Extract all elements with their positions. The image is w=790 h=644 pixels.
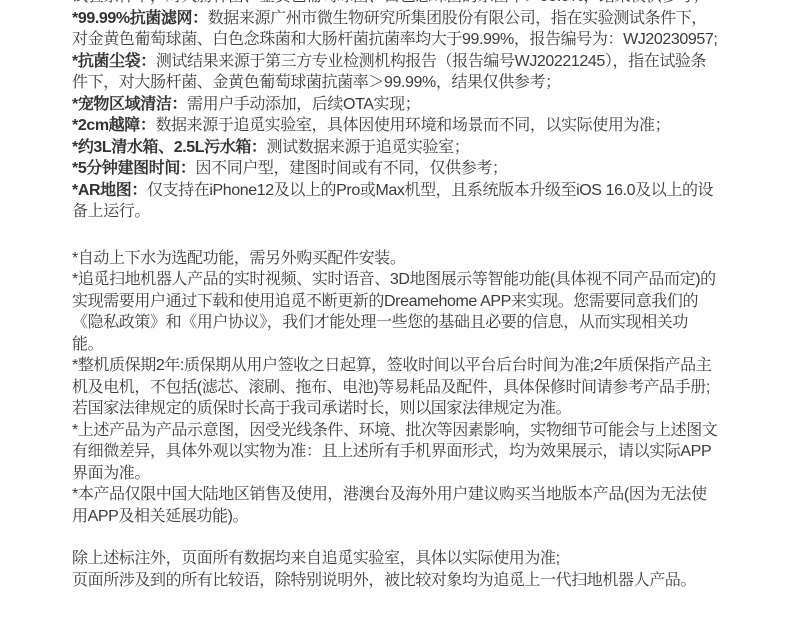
disclaimer-item-label: *99.99%抗菌滤网：: [72, 10, 208, 27]
disclaimer-item-text: 测试数据来源于追觅实验室；: [267, 139, 470, 156]
disclaimer-item: *5分钟建图时间：因不同户型，建图时间或有不同，仅供参考；: [72, 158, 718, 180]
starred-notes-group: *99.99%抗菌滤网：数据来源广州市微生物研究所集团股份有限公司，指在实验测试…: [72, 8, 718, 223]
disclaimer-item-label: *2cm越障：: [72, 117, 155, 134]
product-disclaimer-page: 试验条件下，对大肠杆菌、金黄色葡萄球菌、白色念珠菌的杀菌率＞99.9%，结果仅供…: [0, 0, 790, 644]
disclaimer-text-block: 试验条件下，对大肠杆菌、金黄色葡萄球菌、白色念珠菌的杀菌率＞99.9%，结果仅供…: [72, 0, 718, 591]
disclaimer-item: *2cm越障：数据来源于追觅实验室，具体因使用环境和场景而不同，以实际使用为准；: [72, 115, 718, 137]
disclaimer-item: *宠物区域清洁：需用户手动添加，后续OTA实现；: [72, 94, 718, 116]
disclaimer-item: *约3L清水箱、2.5L污水箱：测试数据来源于追觅实验室；: [72, 137, 718, 159]
disclaimer-item: 页面所涉及到的所有比较语，除特别说明外，被比较对象均为追觅上一代扫地机器人产品。: [72, 570, 718, 592]
disclaimer-partial-top-line: 试验条件下，对大肠杆菌、金黄色葡萄球菌、白色念珠菌的杀菌率＞99.9%，结果仅供…: [72, 0, 718, 8]
disclaimer-item-text: 因不同户型，建图时间或有不同，仅供参考；: [196, 160, 508, 177]
disclaimer-item: *整机质保期2年:质保期从用户签收之日起算，签收时间以平台后台时间为准;2年质保…: [72, 355, 718, 420]
disclaimer-item: *自动上下水为选配功能，需另外购买配件安装。: [72, 248, 718, 270]
disclaimer-item-label: *抗菌尘袋：: [72, 53, 156, 70]
disclaimer-item: *本产品仅限中国大陆地区销售及使用，港澳台及海外用户建议购买当地版本产品(因为无…: [72, 484, 718, 527]
disclaimer-item: *99.99%抗菌滤网：数据来源广州市微生物研究所集团股份有限公司，指在实验测试…: [72, 8, 718, 51]
disclaimer-item-text: 需用户手动添加，后续OTA实现；: [187, 96, 420, 113]
plain-notes-group: *自动上下水为选配功能，需另外购买配件安装。 *追觅扫地机器人产品的实时视频、实…: [72, 248, 718, 528]
disclaimer-item-text: 仅支持在iPhone12及以上的Pro或Max机型，且系统版本升级至iOS 16…: [72, 182, 713, 221]
disclaimer-item-label: *约3L清水箱、2.5L污水箱：: [72, 139, 267, 156]
disclaimer-item-label: *5分钟建图时间：: [72, 160, 196, 177]
disclaimer-item: 除上述标注外，页面所有数据均来自追觅实验室，具体以实际使用为准;: [72, 548, 718, 570]
footer-notes-group: 除上述标注外，页面所有数据均来自追觅实验室，具体以实际使用为准; 页面所涉及到的…: [72, 548, 718, 591]
disclaimer-item: *AR地图：仅支持在iPhone12及以上的Pro或Max机型，且系统版本升级至…: [72, 180, 718, 223]
disclaimer-item-label: *AR地图：: [72, 182, 147, 199]
disclaimer-item-text: 测试结果来源于第三方专业检测机构报告（报告编号WJ20221245），指在试验条…: [72, 53, 706, 92]
disclaimer-item-text: 数据来源于追觅实验室，具体因使用环境和场景而不同，以实际使用为准；: [155, 117, 670, 134]
disclaimer-item-label: *宠物区域清洁：: [72, 96, 187, 113]
disclaimer-item: *上述产品为产品示意图，因受光线条件、环境、批次等因素影响，实物细节可能会与上述…: [72, 420, 718, 485]
disclaimer-item: *追觅扫地机器人产品的实时视频、实时语音、3D地图展示等智能功能(具体视不同产品…: [72, 269, 718, 355]
disclaimer-item: *抗菌尘袋：测试结果来源于第三方专业检测机构报告（报告编号WJ20221245）…: [72, 51, 718, 94]
